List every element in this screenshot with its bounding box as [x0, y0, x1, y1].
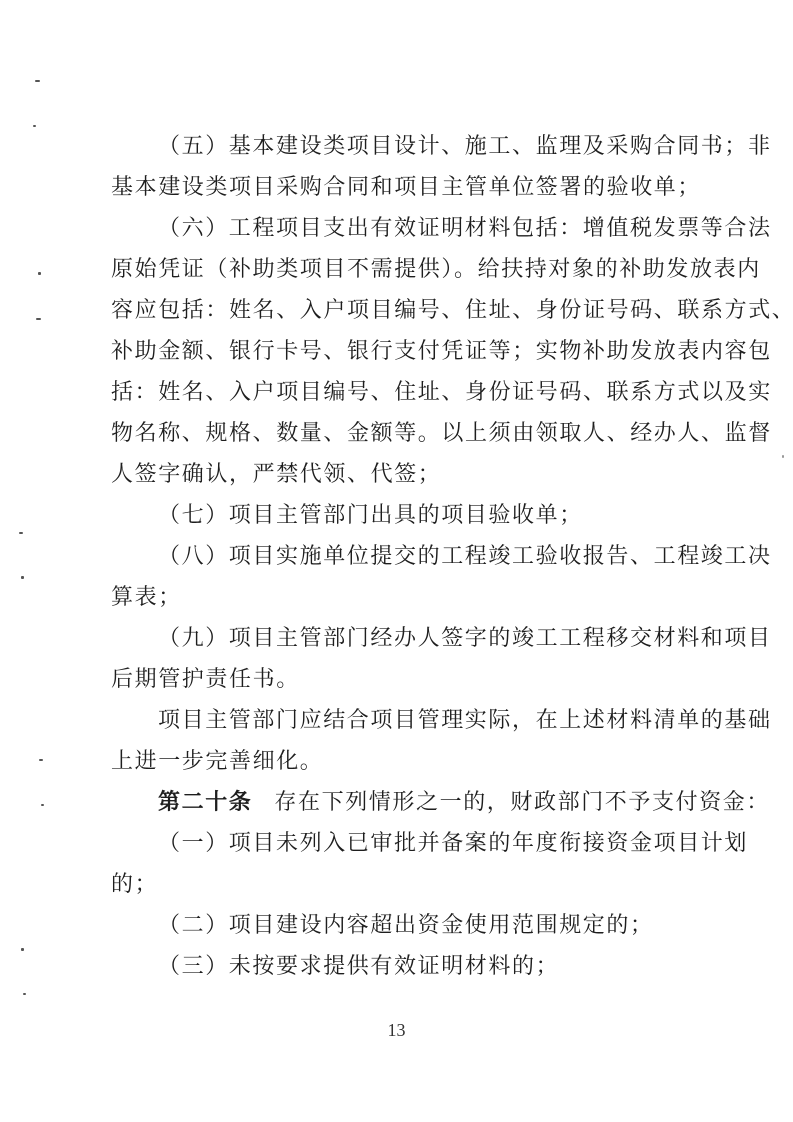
- text-line: 基本建设类项目采购合同和项目主管单位签署的验收单；: [111, 167, 691, 208]
- article-text: 存在下列情形之一的，财政部门不予支付资金：: [274, 790, 770, 815]
- text-line: （六）工程项目支出有效证明材料包括：增值税发票等合法: [111, 208, 691, 249]
- scan-mark: [38, 272, 41, 275]
- text-line: 的；: [111, 864, 691, 905]
- text-line: （五）基本建设类项目设计、施工、监理及采购合同书；非: [111, 126, 691, 167]
- scan-mark: [33, 125, 36, 127]
- article-line: 第二十条存在下列情形之一的，财政部门不予支付资金：: [111, 782, 691, 823]
- scan-mark: [21, 576, 24, 579]
- text-line: （三）未按要求提供有效证明材料的；: [111, 946, 691, 987]
- article-heading: 第二十条: [158, 789, 252, 815]
- text-line: （九）项目主管部门经办人签字的竣工工程移交材料和项目: [111, 618, 691, 659]
- text-line: 括：姓名、入户项目编号、住址、身份证号码、联系方式以及实: [111, 372, 691, 413]
- text-line: 项目主管部门应结合项目管理实际，在上述材料清单的基础: [111, 700, 691, 741]
- text-line: 补助金额、银行卡号、银行支付凭证等；实物补助发放表内容包: [111, 331, 691, 372]
- text-line: 上进一步完善细化。: [111, 741, 691, 782]
- text-line: （七）项目主管部门出具的项目验收单；: [111, 495, 691, 536]
- text-line: （一）项目未列入已审批并备案的年度衔接资金项目计划: [111, 823, 691, 864]
- document-page: （五）基本建设类项目设计、施工、监理及采购合同书；非 基本建设类项目采购合同和项…: [0, 0, 793, 1122]
- text-line: 后期管护责任书。: [111, 659, 691, 700]
- scan-mark: [19, 532, 23, 534]
- scan-mark: [21, 948, 24, 951]
- text-line: 算表；: [111, 577, 691, 618]
- scan-mark: [35, 80, 40, 82]
- scan-mark: [782, 455, 784, 458]
- scan-mark: [39, 759, 43, 761]
- text-line: 物名称、规格、数量、金额等。以上须由领取人、经办人、监督: [111, 413, 691, 454]
- text-line: 原始凭证（补助类项目不需提供）。给扶持对象的补助发放表内: [111, 249, 691, 290]
- scan-mark: [36, 318, 41, 320]
- body-text: （五）基本建设类项目设计、施工、监理及采购合同书；非 基本建设类项目采购合同和项…: [111, 126, 691, 987]
- scan-mark: [23, 993, 26, 995]
- text-line: 容应包括：姓名、入户项目编号、住址、身份证号码、联系方式、: [111, 290, 691, 331]
- scan-mark: [41, 804, 44, 806]
- text-line: （二）项目建设内容超出资金使用范围规定的；: [111, 905, 691, 946]
- text-line: （八）项目实施单位提交的工程竣工验收报告、工程竣工决: [111, 536, 691, 577]
- page-number: 13: [0, 1020, 793, 1041]
- text-line: 人签字确认，严禁代领、代签；: [111, 454, 691, 495]
